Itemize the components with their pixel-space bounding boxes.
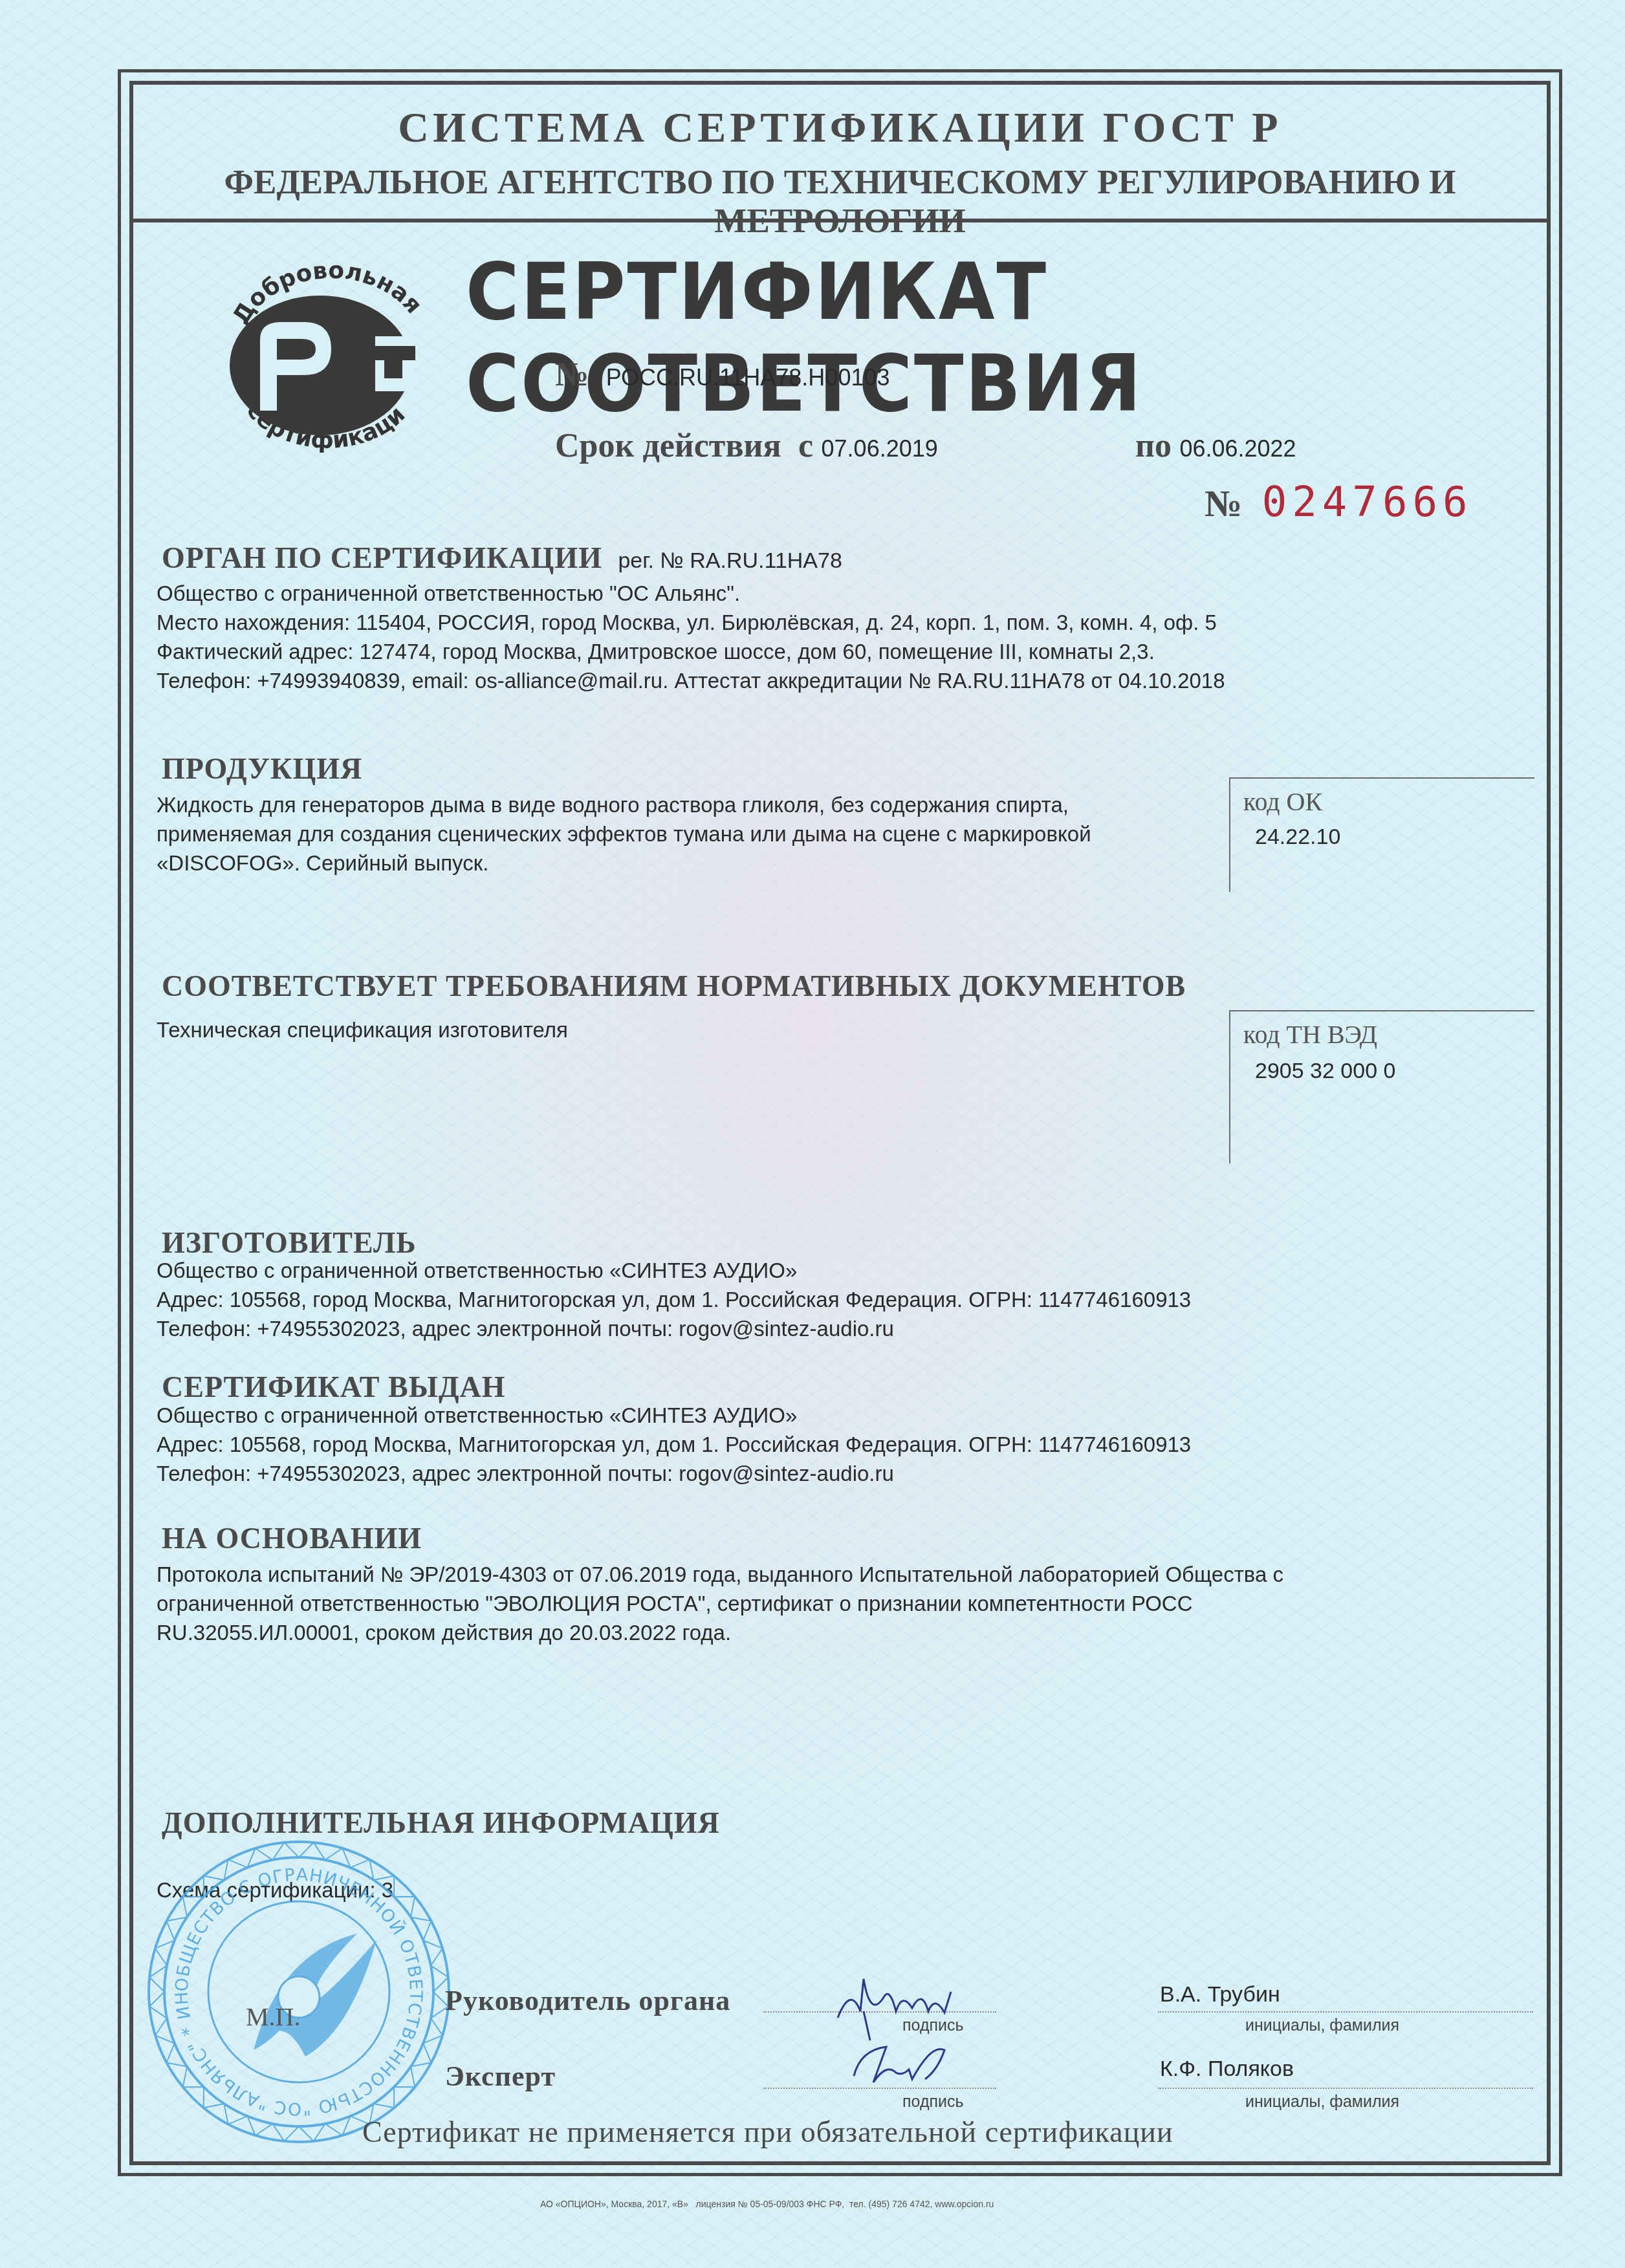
- document-title: СЕРТИФИКАТ СООТВЕТСТВИЯ: [466, 246, 1532, 429]
- system-title: СИСТЕМА СЕРТИФИКАЦИИ ГОСТ Р: [129, 103, 1551, 153]
- agency-name: ФЕДЕРАЛЬНОЕ АГЕНТСТВО ПО ТЕХНИЧЕСКОМУ РЕ…: [129, 163, 1551, 241]
- compliance-details: Техническая спецификация изготовителя: [157, 1015, 568, 1044]
- product-details: Жидкость для генераторов дыма в виде вод…: [157, 790, 1091, 878]
- serial-label: №: [1205, 482, 1242, 524]
- product-line: Жидкость для генераторов дыма в виде вод…: [157, 790, 1091, 819]
- compliance-line: Техническая спецификация изготовителя: [157, 1015, 568, 1044]
- serial-row: № 0247666: [1205, 479, 1472, 526]
- manufacturer-details: Общество с ограниченной ответственностью…: [157, 1256, 1191, 1343]
- head-name: В.А. Трубин: [1160, 1982, 1280, 2007]
- seal-stamp-icon: ОБЩЕСТВО С ОГРАНИЧЕННОЙ ОТВЕТСТВЕННОСТЬЮ…: [144, 1837, 454, 2147]
- cert-body-reg: рег. № RA.RU.11НА78: [618, 548, 842, 573]
- cert-body-details: Общество с ограниченной ответственностью…: [157, 579, 1225, 695]
- expert-name-line: [1158, 2088, 1533, 2089]
- cert-body-line: Место нахождения: 115404, РОССИЯ, город …: [157, 608, 1225, 637]
- cert-body-heading: ОРГАН ПО СЕРТИФИКАЦИИ: [162, 541, 602, 574]
- expert-sign-caption: подпись: [902, 2093, 964, 2111]
- seal-stamp: ОБЩЕСТВО С ОГРАНИЧЕННОЙ ОТВЕТСТВЕННОСТЬЮ…: [144, 1837, 454, 2147]
- tnved-code-value: 2905 32 000 0: [1255, 1059, 1534, 1084]
- manufacturer-line: Телефон: +74955302023, адрес электронной…: [157, 1314, 1191, 1343]
- manufacturer-heading: ИЗГОТОВИТЕЛЬ: [162, 1226, 417, 1260]
- expert-name: К.Ф. Поляков: [1160, 2057, 1294, 2082]
- serial-number: 0247666: [1262, 479, 1473, 526]
- basis-line: ограниченной ответственностью "ЭВОЛЮЦИЯ …: [157, 1589, 1283, 1618]
- basis-details: Протокола испытаний № ЭР/2019-4303 от 07…: [157, 1560, 1283, 1647]
- validity-to: по 06.06.2022: [1135, 427, 1296, 465]
- number-label: №: [555, 356, 589, 393]
- issued-to-details: Общество с ограниченной ответственностью…: [157, 1401, 1191, 1488]
- head-name-line: [1158, 2011, 1533, 2013]
- cert-body-line: Телефон: +74993940839, email: os-allianc…: [157, 666, 1225, 695]
- expert-name-caption: инициалы, фамилия: [1245, 2093, 1399, 2111]
- cert-body-heading-row: ОРГАН ПО СЕРТИФИКАЦИИ рег. № RA.RU.11НА7…: [162, 541, 842, 575]
- head-signature: [825, 1972, 980, 2047]
- manufacturer-line: Адрес: 105568, город Москва, Магнитогорс…: [157, 1285, 1191, 1314]
- to-label: по: [1135, 427, 1172, 464]
- cert-body-line: Общество с ограниченной ответственностью…: [157, 579, 1225, 608]
- footer-notice: Сертификат не применяется при обязательн…: [362, 2115, 1173, 2149]
- basis-line: RU.32055.ИЛ.00001, сроком действия до 20…: [157, 1618, 1283, 1647]
- head-name-caption: инициалы, фамилия: [1245, 2016, 1399, 2035]
- product-line: «DISCOFOG». Серийный выпуск.: [157, 848, 1091, 878]
- stamp-placeholder: М.П.: [246, 2002, 300, 2032]
- issued-to-line: Адрес: 105568, город Москва, Магнитогорс…: [157, 1430, 1191, 1459]
- validity-row: Срок действия с 07.06.2019: [555, 427, 938, 465]
- valid-to: 06.06.2022: [1179, 435, 1296, 462]
- product-heading: ПРОДУКЦИЯ: [162, 751, 362, 786]
- printer-imprint: АО «ОПЦИОН», Москва, 2017, «В» лицензия …: [540, 2199, 994, 2209]
- okp-code-label: код ОК: [1243, 786, 1534, 817]
- head-role: Руководитель органа: [445, 1984, 730, 2017]
- compliance-heading: СООТВЕТСТВУЕТ ТРЕБОВАНИЯМ НОРМАТИВНЫХ ДО…: [162, 969, 1186, 1003]
- basis-line: Протокола испытаний № ЭР/2019-4303 от 07…: [157, 1560, 1283, 1589]
- from-label: с: [798, 427, 813, 464]
- signature-icon: [847, 2037, 977, 2089]
- tnved-code-label: код ТН ВЭД: [1243, 1019, 1534, 1050]
- cert-number: РОСС.RU.11НА78.Н00103: [606, 364, 890, 391]
- product-line: применяемая для создания сценических эфф…: [157, 819, 1091, 848]
- cert-number-row: № РОСС.RU.11НА78.Н00103: [555, 356, 889, 394]
- okp-code-box: код ОК 24.22.10: [1229, 777, 1534, 892]
- expert-role: Эксперт: [445, 2060, 556, 2093]
- manufacturer-line: Общество с ограниченной ответственностью…: [157, 1256, 1191, 1285]
- additional-heading: ДОПОЛНИТЕЛЬНАЯ ИНФОРМАЦИЯ: [162, 1806, 720, 1840]
- cert-body-line: Фактический адрес: 127474, город Москва,…: [157, 637, 1225, 666]
- rst-logo-icon: Добровольная сертификация: [220, 259, 440, 466]
- issued-to-line: Телефон: +74955302023, адрес электронной…: [157, 1459, 1191, 1488]
- validity-label: Срок действия: [555, 427, 781, 464]
- svg-text:ОБЩЕСТВО С ОГРАНИЧЕННОЙ ОТВЕТС: ОБЩЕСТВО С ОГРАНИЧЕННОЙ ОТВЕТСТВЕННОСТЬЮ…: [144, 1837, 426, 2119]
- issued-to-heading: СЕРТИФИКАТ ВЫДАН: [162, 1370, 506, 1404]
- expert-signature: [847, 2037, 977, 2092]
- basis-heading: НА ОСНОВАНИИ: [162, 1521, 422, 1555]
- tnved-code-box: код ТН ВЭД 2905 32 000 0: [1229, 1010, 1534, 1163]
- valid-from: 07.06.2019: [822, 435, 938, 462]
- okp-code-value: 24.22.10: [1255, 825, 1534, 850]
- rst-logo: Добровольная сертификация: [220, 259, 440, 466]
- issued-to-line: Общество с ограниченной ответственностью…: [157, 1401, 1191, 1430]
- head-sign-caption: подпись: [902, 2016, 964, 2035]
